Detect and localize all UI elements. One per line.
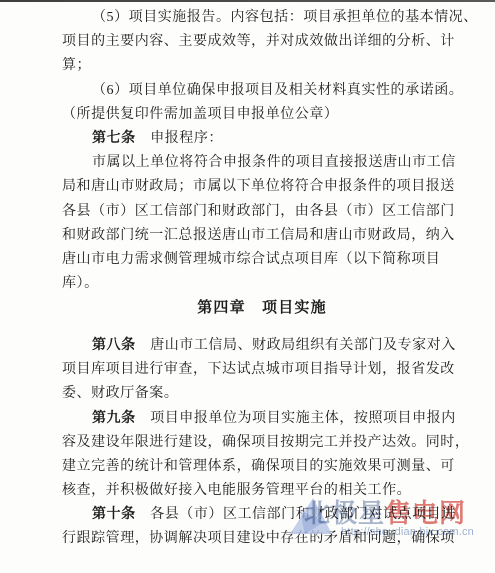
line-text: 申报程序： [136, 131, 223, 146]
line-text: 市属以上单位将符合申报条件的项目直接报送唐山市工信 [92, 155, 456, 170]
text-line: 行跟踪管理，协调解决项目建设中存在的矛盾和问题，确保项 [62, 527, 462, 551]
text-line: （6）项目单位确保申报项目及相关材料真实性的承诺函。 [62, 79, 462, 103]
line-text: 和财政部门统一汇总报送唐山市工信局和唐山市财政局，纳入 [62, 228, 455, 243]
line-text: 唐山市工信局、财政局组织有关部门及专家对入 [136, 338, 456, 353]
text-line: 唐山市电力需求侧管理城市综合试点项目库（以下简称项目 [62, 248, 462, 272]
text-line: 各县（市）区工信部门和财政部门，由各县（市）区工信部门 [62, 200, 462, 224]
text-line: 第八条 唐山市工信局、财政局组织有关部门及专家对入 [62, 334, 462, 358]
text-line: 项目库项目进行审查，下达试点城市项目指导计划，报省发改 [62, 358, 462, 382]
line-text: 委、财政厅备案。 [62, 386, 178, 401]
text-line: （所提供复印件需加盖项目申报单位公章） [62, 103, 462, 127]
text-line: 建立完善的统计和管理体系，确保项目的实施效果可测量、可 [62, 455, 462, 479]
line-text: 各县（市）区工信部门和财政部门，由各县（市）区工信部门 [62, 204, 455, 219]
article-number: 第七条 [92, 131, 136, 146]
text-line: 委、财政厅备案。 [62, 382, 462, 406]
text-line: 第七条 申报程序： [62, 127, 462, 151]
line-text: 局和唐山市财政局；市属以下单位将符合申报条件的项目报送 [62, 179, 455, 194]
article-number: 第四章 项目实施 [197, 300, 327, 316]
line-text: 核查，并积极做好接入电能服务管理平台的相关工作。 [62, 483, 411, 498]
line-text: 建立完善的统计和管理体系，确保项目的实施效果可测量、可 [62, 459, 455, 474]
line-text: 各县（市）区工信部门和财政部门对试点项目进 [136, 507, 456, 522]
text-line: 项目的主要内容、主要成效等，并对成效做出详细的分析、计 [62, 30, 462, 54]
line-text: 项目的主要内容、主要成效等，并对成效做出详细的分析、计 [62, 34, 455, 49]
text-line: 算； [62, 54, 462, 78]
line-text: 行跟踪管理，协调解决项目建设中存在的矛盾和问题，确保项 [62, 531, 455, 546]
line-text: 项目申报单位为项目实施主体，按照项目申报内 [136, 411, 456, 426]
article-number: 第十条 [92, 507, 136, 522]
text-line: 市属以上单位将符合申报条件的项目直接报送唐山市工信 [62, 151, 462, 175]
article-number: 第八条 [92, 338, 136, 353]
text-line: 容及建设年限进行建设，确保项目按期完工并投产达效。同时， [62, 431, 462, 455]
line-text: 项目库项目进行审查，下达试点城市项目指导计划，报省发改 [62, 362, 455, 377]
line-text: 算； [62, 58, 91, 73]
text-line: 局和唐山市财政局；市属以下单位将符合申报条件的项目报送 [62, 175, 462, 199]
line-text: （6）项目单位确保申报项目及相关材料真实性的承诺函。 [92, 83, 463, 98]
article-number: 第九条 [92, 411, 136, 426]
document-text: （5）项目实施报告。内容包括：项目承担单位的基本情况、项目的主要内容、主要成效等… [62, 6, 462, 552]
document-page: （5）项目实施报告。内容包括：项目承担单位的基本情况、项目的主要内容、主要成效等… [0, 0, 495, 573]
line-text: 唐山市电力需求侧管理城市综合试点项目库（以下简称项目 [62, 252, 440, 267]
text-line: 第十条 各县（市）区工信部门和财政部门对试点项目进 [62, 503, 462, 527]
line-text: （所提供复印件需加盖项目申报单位公章） [62, 107, 338, 122]
chapter-heading: 第四章 项目实施 [62, 296, 462, 320]
line-text: 容及建设年限进行建设，确保项目按期完工并投产达效。同时， [62, 435, 469, 450]
scan-top-edge [0, 0, 495, 2]
line-text: 库）。 [62, 276, 99, 291]
text-line: 核查，并积极做好接入电能服务管理平台的相关工作。 [62, 479, 462, 503]
text-line: （5）项目实施报告。内容包括：项目承担单位的基本情况、 [62, 6, 462, 30]
line-text: （5）项目实施报告。内容包括：项目承担单位的基本情况、 [92, 10, 478, 25]
text-line: 第九条 项目申报单位为项目实施主体，按照项目申报内 [62, 407, 462, 431]
text-line: 库）。 [62, 272, 462, 296]
text-line: 和财政部门统一汇总报送唐山市工信局和唐山市财政局，纳入 [62, 224, 462, 248]
